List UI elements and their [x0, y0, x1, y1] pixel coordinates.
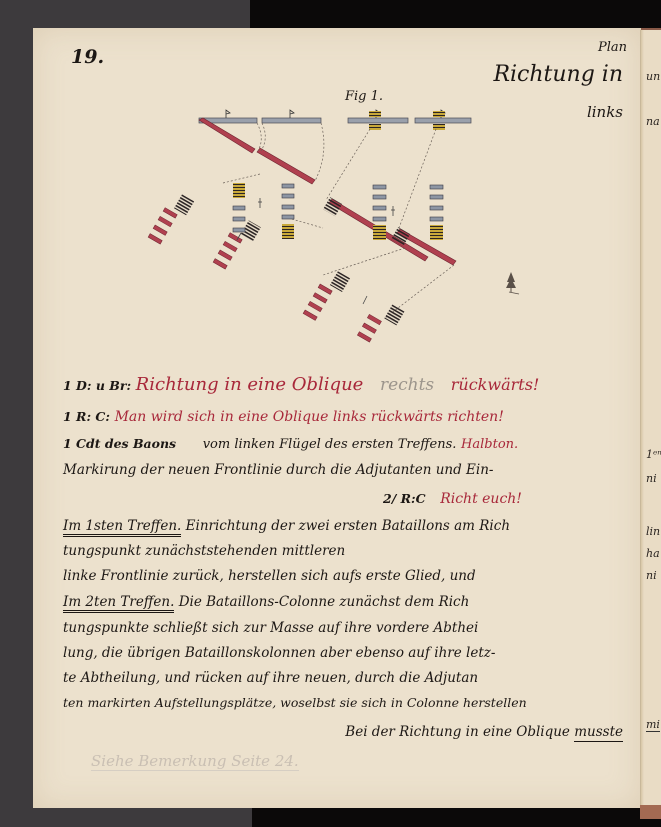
- pencil-note: Siehe Bemerkung Seite 24.: [91, 752, 299, 771]
- closing-text: Bei der Richtung in eine Oblique: [345, 724, 570, 740]
- section-label-2nd-treffen: Im 2ten Treffen.: [63, 594, 174, 613]
- margin-fragment: lin: [646, 525, 660, 538]
- command-text-end: rückwärts!: [451, 375, 540, 394]
- yellow-blocks: [233, 183, 443, 240]
- background-dark-bottom: [252, 808, 661, 827]
- closing-underlined: musste: [574, 724, 623, 742]
- command-text-red: Richtung in eine Oblique: [136, 374, 364, 395]
- margin-fragment: ni: [646, 569, 657, 582]
- troop-formation-diagram: [33, 28, 641, 358]
- tree-icon: [506, 272, 519, 294]
- paragraph-1-line-2: tungspunkt zunächststehenden mittleren: [63, 543, 345, 559]
- book-binding-bottom: [640, 805, 661, 819]
- command-prefix: 1 Cdt des Baons: [63, 436, 176, 451]
- margin-fragment: 1ᵉⁿ: [646, 448, 661, 461]
- margin-fragment: ha: [646, 547, 660, 560]
- section-label-1st-treffen: Im 1sten Treffen.: [63, 518, 181, 537]
- paragraph-2-line-1: Im 2ten Treffen. Die Bataillons-Colonne …: [63, 594, 469, 610]
- paragraph-1-line-3: linke Frontlinie zurück, herstellen sich…: [63, 568, 476, 584]
- original-front-lines: [199, 110, 471, 130]
- direction-markers: [237, 198, 395, 304]
- command-line-1: 1 D: u Br: Richtung in eine Oblique rech…: [63, 374, 539, 395]
- command-text-red: Halbton.: [461, 437, 518, 452]
- command-prefix: 1 D: u Br:: [63, 378, 131, 393]
- command-text-red: Richt euch!: [440, 491, 522, 507]
- body-line-marking: Markirung der neuen Frontlinie durch die…: [63, 462, 494, 478]
- red-columns-left: [148, 190, 410, 349]
- margin-fragment: un: [646, 70, 660, 83]
- margin-fragment: mi: [646, 718, 660, 732]
- paragraph-text: Die Bataillons-Colonne zunächst dem Rich: [179, 594, 470, 610]
- command-line-2: 1 R: C: Man wird sich in eine Oblique li…: [63, 409, 504, 425]
- command-text-faded: rechts: [380, 375, 434, 395]
- paragraph-2-line-4: te Abtheilung, und rücken auf ihre neuen…: [63, 670, 478, 686]
- manuscript-page: 19. Plan Richtung in links Fig 1.: [33, 28, 641, 808]
- closing-line: Bei der Richtung in eine Oblique musste: [345, 724, 623, 740]
- command-prefix: 2/ R:C: [383, 491, 426, 506]
- paragraph-text: Einrichtung der zwei ersten Bataillons a…: [186, 518, 510, 534]
- command-text: vom linken Flügel des ersten Treffens.: [203, 437, 457, 452]
- command-prefix: 1 R: C:: [63, 409, 110, 424]
- paragraph-1-line-1: Im 1sten Treffen. Einrichtung der zwei e…: [63, 518, 510, 534]
- command-text-red: Man wird sich in eine Oblique links rück…: [115, 409, 504, 425]
- command-line-4: 2/ R:C Richt euch!: [383, 491, 522, 507]
- next-page-edge: un na 1ᵉⁿ ni lin ha ni mi: [640, 30, 661, 808]
- paragraph-2-line-3: lung, die übrigen Bataillonskolonnen abe…: [63, 645, 495, 661]
- paragraph-2-line-2: tungspunkte schließt sich zur Masse auf …: [63, 620, 478, 636]
- margin-fragment: na: [646, 115, 660, 128]
- command-line-3: 1 Cdt des Baons vom linken Flügel des er…: [63, 436, 518, 452]
- paragraph-2-line-5: ten markirten Aufstellungsplätze, woselb…: [63, 695, 527, 710]
- margin-fragment: ni: [646, 472, 657, 485]
